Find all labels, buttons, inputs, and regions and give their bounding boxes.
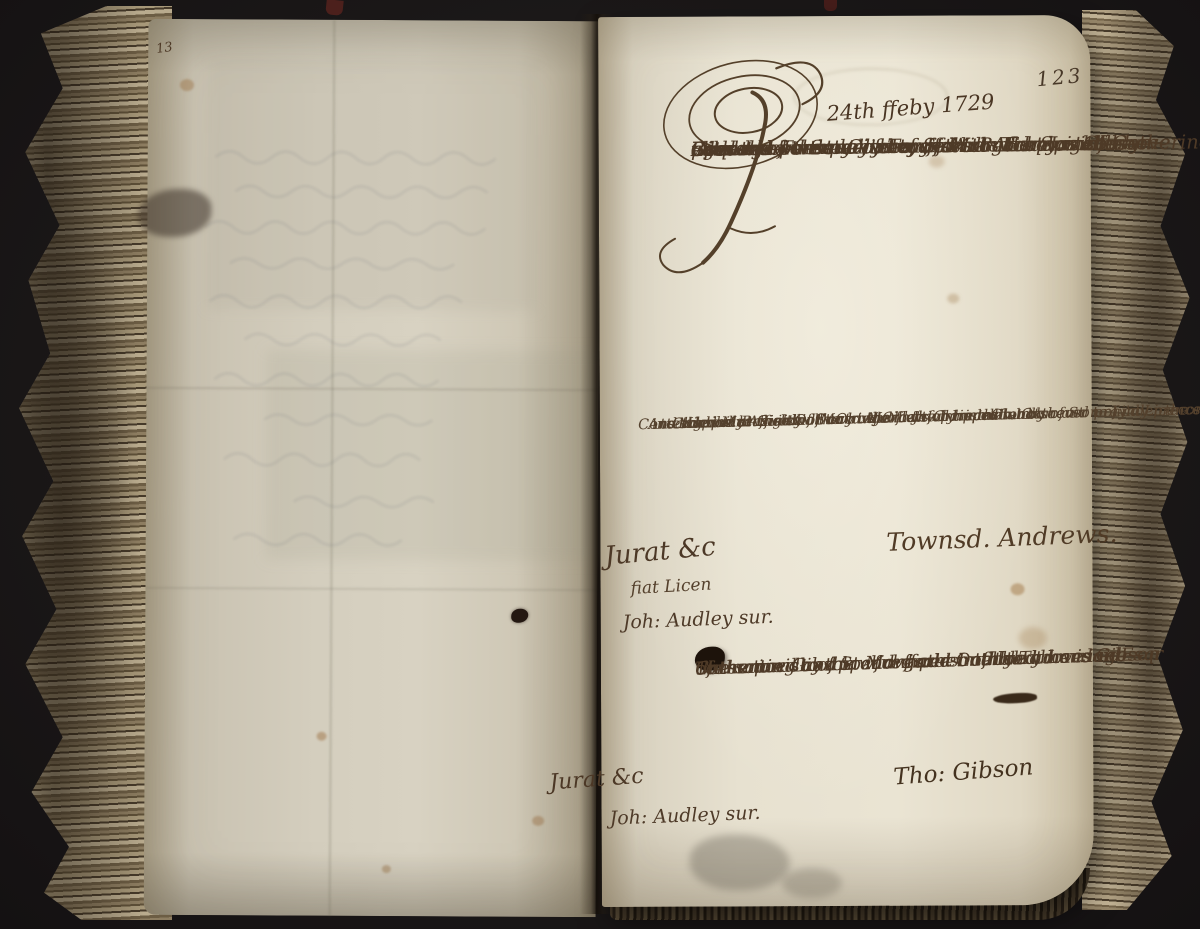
stain xyxy=(782,868,842,898)
manuscript-photo: 13 123 24th xyxy=(0,0,1200,929)
text-line: Chappel at Guildhall or at Mercers Chapp… xyxy=(672,403,1054,436)
fox-spot xyxy=(1011,583,1025,595)
fox-spot xyxy=(947,294,959,304)
ink-blot xyxy=(511,609,528,623)
ghost-page-number: 13 xyxy=(155,40,173,57)
headband-tie xyxy=(325,0,343,16)
fox-spot xyxy=(532,816,544,826)
signature-thomas-gibson: Tho: Gibson xyxy=(893,754,1035,790)
stain xyxy=(690,834,790,890)
text-line: consenting to the abovesaid intended mar… xyxy=(695,643,1127,683)
fox-spot xyxy=(317,732,327,741)
surrogate-signature: Joh: Audley sur. xyxy=(609,802,761,830)
headband-tie xyxy=(824,0,837,11)
ink-scribble xyxy=(993,692,1038,705)
fox-spot xyxy=(382,865,391,873)
surrogate-signature: Joh: Audley sur. xyxy=(622,606,774,634)
text-line: – – – – – – – – – – xyxy=(691,133,845,165)
signature-townsend-andrews: Townsd. Andrews. xyxy=(886,519,1118,557)
page-number: 123 xyxy=(1035,63,1084,91)
fox-spot xyxy=(180,79,194,91)
fold-crease xyxy=(145,587,597,591)
left-page: 13 xyxy=(144,19,601,917)
fiat-licence-note: fiat Licen xyxy=(630,574,712,599)
consent-paragraph: The same day appeared personally Thomas … xyxy=(695,643,1125,657)
jurat-note: Jurat &c xyxy=(603,532,717,572)
right-page: 123 24th ffeby 1729 ppeared personally T… xyxy=(598,15,1094,907)
oath-clause-paragraph: And that he knoweth of no lawful Lett or… xyxy=(638,402,1108,415)
